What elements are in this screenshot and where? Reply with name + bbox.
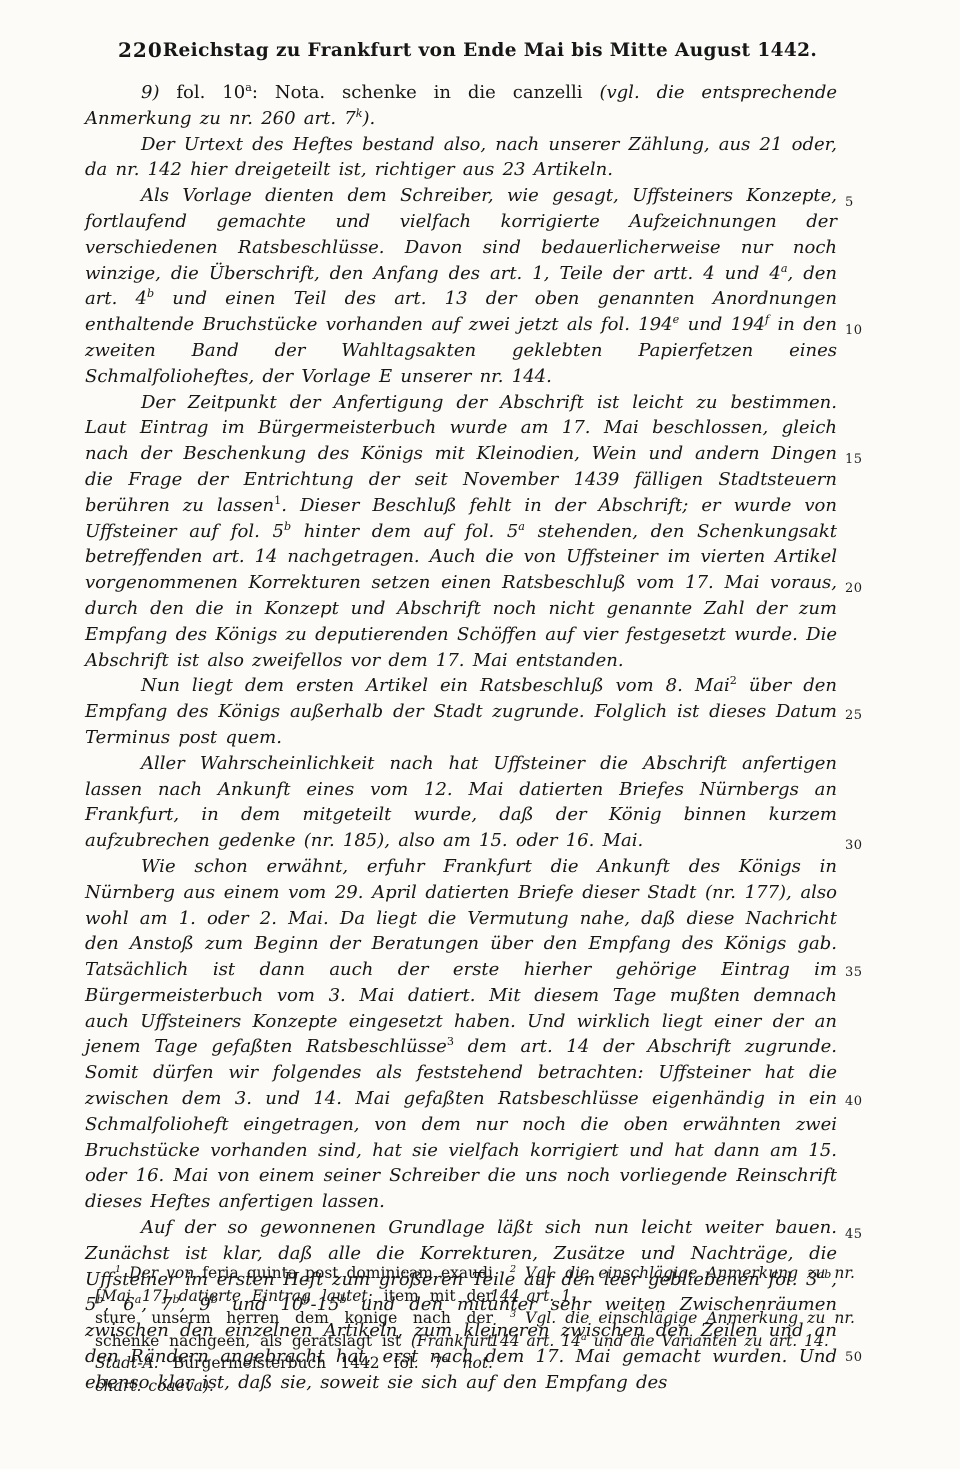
text-segment: fol. 10 xyxy=(176,82,245,103)
document-page: 220 Reichstag zu Frankfurt von Ende Mai … xyxy=(0,0,960,1469)
paragraph: Nun liegt dem ersten Artikel ein Ratsbes… xyxy=(85,673,837,750)
superscript-reference: 2 xyxy=(730,674,737,687)
text-segment: Der von xyxy=(121,1264,202,1282)
margin-line-number: 5 xyxy=(845,195,854,210)
paragraph: 3 Vgl. die einschlägige Anmerkung zu nr.… xyxy=(490,1307,855,1352)
text-segment: : Nota. schenke in die canzelli xyxy=(252,82,600,103)
footnote-column-left: 1 Der von feria quinta post dominicam ex… xyxy=(95,1262,493,1398)
text-segment: Der Urtext des Heftes bestand also, nach… xyxy=(85,134,837,181)
text-segment xyxy=(448,1354,462,1372)
text-segment: Bürgermeisterbuch 1442 fol. 7 xyxy=(173,1354,443,1372)
margin-line-number: 25 xyxy=(845,708,863,723)
margin-line-number: 40 xyxy=(845,1094,863,1109)
text-segment: Aller Wahrscheinlichkeit nach hat Uffste… xyxy=(85,753,837,851)
superscript-reference: a xyxy=(245,81,252,94)
superscript-reference: k xyxy=(356,107,363,120)
running-title: Reichstag zu Frankfurt von Ende Mai bis … xyxy=(120,40,860,61)
text-segment: feria quinta post dominicam exaudi xyxy=(202,1264,493,1282)
superscript-reference: 3 xyxy=(447,1035,454,1048)
text-segment: und die Varianten zu art. 14. xyxy=(587,1332,829,1350)
paragraph: 9) fol. 10a: Nota. schenke in die canzel… xyxy=(85,80,837,132)
superscript-reference: a xyxy=(781,262,788,275)
text-segment: Vgl. die einschlägige Anmerkung zu nr. 1… xyxy=(490,1264,855,1305)
text-segment: dem art. 14 der Abschrift zugrunde. Somi… xyxy=(85,1036,837,1212)
margin-line-number: 10 xyxy=(845,323,863,338)
text-segment: stehenden, den Schenkungsakt betreffende… xyxy=(85,521,837,671)
text-segment: und 194 xyxy=(679,314,765,335)
text-segment: hinter dem auf fol. 5 xyxy=(291,521,518,542)
paragraph: Der Urtext des Heftes bestand also, nach… xyxy=(85,132,837,184)
footnote-column-right: 2 Vgl. die einschlägige Anmerkung zu nr.… xyxy=(490,1262,855,1352)
text-segment: [Mai 17] datierte Eintrag lautet: xyxy=(95,1287,384,1305)
paragraph: 1 Der von feria quinta post dominicam ex… xyxy=(95,1262,493,1398)
paragraph: Als Vorlage dienten dem Schreiber, wie g… xyxy=(85,183,837,389)
text-segment: ). xyxy=(363,108,376,129)
margin-line-number: 20 xyxy=(845,581,863,596)
superscript-reference: a xyxy=(518,520,525,533)
text-segment: Als Vorlage dienten dem Schreiber, wie g… xyxy=(85,185,837,283)
margin-line-number: 35 xyxy=(845,965,863,980)
paragraph: Der Zeitpunkt der Anfertigung der Abschr… xyxy=(85,390,837,674)
margin-line-number: 30 xyxy=(845,838,863,853)
paragraph: Aller Wahrscheinlichkeit nach hat Uffste… xyxy=(85,751,837,854)
body-text: 9) fol. 10a: Nota. schenke in die canzel… xyxy=(85,80,837,1396)
paragraph: 2 Vgl. die einschlägige Anmerkung zu nr.… xyxy=(490,1262,855,1307)
margin-line-number: 15 xyxy=(845,452,863,467)
text-segment: 9) xyxy=(141,82,176,103)
text-segment: Nun liegt dem ersten Artikel ein Ratsbes… xyxy=(141,675,730,696)
paragraph: Wie schon erwähnt, erfuhr Frankfurt die … xyxy=(85,854,837,1215)
margin-line-number: 45 xyxy=(845,1227,863,1242)
text-segment: Wie schon erwähnt, erfuhr Frankfurt die … xyxy=(85,856,837,1058)
